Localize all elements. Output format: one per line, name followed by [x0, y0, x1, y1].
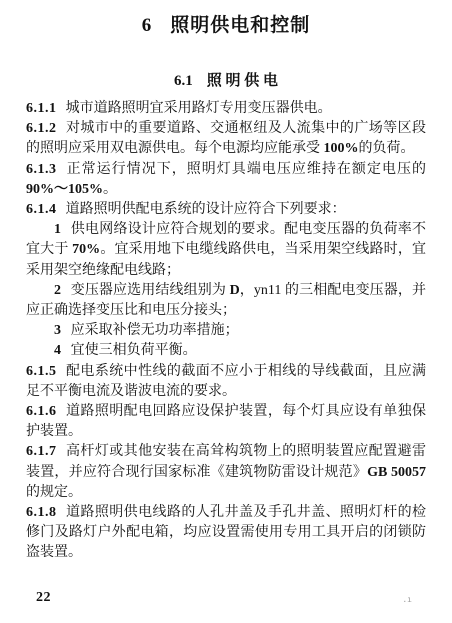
clause-paragraph: 6.1.7高杆灯或其他安装在高耸构筑物上的照明装置应配置避雷装置，并应符合现行国…: [26, 442, 426, 503]
clause-text: 城市道路照明宜采用路灯专用变压器供电。: [66, 101, 332, 116]
section-title-text: 照 明 供 电: [207, 73, 278, 89]
section-title: 6.1照 明 供 电: [0, 69, 452, 90]
chapter-number: 6: [142, 15, 153, 36]
section-number: 6.1: [174, 73, 193, 89]
clause-text: 。: [103, 182, 117, 197]
list-item: 4宜使三相负荷平衡。: [26, 341, 426, 361]
chapter-title-text: 照明供电和控制: [170, 15, 310, 36]
clause-number: 6.1.7: [26, 444, 57, 459]
clause-text: D: [230, 283, 240, 298]
clause-text: 90%～105%: [26, 182, 103, 197]
item-number: 1: [54, 222, 62, 237]
item-number: 4: [54, 343, 62, 358]
clause-text: 高杆灯或其他安装在高耸构筑物上的照明装置应配置避雷装置，并应符合现行国家标准《建…: [26, 444, 426, 479]
item-number: 2: [54, 283, 62, 298]
clause-number: 6.1.5: [26, 364, 57, 379]
clause-number: 6.1.3: [26, 162, 57, 177]
clause-number: 6.1.1: [26, 101, 57, 116]
clause-paragraph: 6.1.1城市道路照明宜采用路灯专用变压器供电。: [26, 99, 426, 119]
clause-paragraph: 6.1.2对城市中的重要道路、交通枢纽及人流集中的广场等区段的照明应采用双电源供…: [26, 119, 426, 159]
clause-text: 宜使三相负荷平衡。: [71, 343, 197, 358]
clause-paragraph: 6.1.8道路照明供电线路的人孔井盖及手孔井盖、照明灯杆的检修门及路灯户外配电箱…: [26, 503, 426, 564]
clause-text: 变压器应选用结线组别为: [71, 283, 230, 298]
clauses-container: 6.1.1城市道路照明宜采用路灯专用变压器供电。6.1.2对城市中的重要道路、交…: [26, 99, 426, 564]
document-page: 6照明供电和控制 6.1照 明 供 电 6.1.1城市道路照明宜采用路灯专用变压…: [0, 0, 452, 623]
list-item: 1供电网络设计应符合规划的要求。配电变压器的负荷率不宜大于 70%。宜采用地下电…: [26, 220, 426, 281]
clause-paragraph: 6.1.5配电系统中性线的截面不应小于相线的导线截面，且应满足不平衡电流及谐波电…: [26, 362, 426, 402]
page-number: 22: [36, 590, 51, 606]
clause-paragraph: 6.1.4道路照明供配电系统的设计应符合下列要求：: [26, 200, 426, 220]
clause-text: 正常运行情况下，照明灯具端电压应维持在额定电压的: [66, 162, 426, 177]
clause-text: 的负荷。: [359, 141, 415, 156]
list-item: 2变压器应选用结线组别为 D，yn11 的三相配电变压器，并应正确选择变压比和电…: [26, 281, 426, 321]
clause-text: GB 50057: [367, 465, 426, 480]
item-number: 3: [54, 323, 62, 338]
clause-text: 70%: [72, 242, 100, 257]
clause-paragraph: 6.1.6道路照明配电回路应设保护装置，每个灯具应设有单独保护装置。: [26, 402, 426, 442]
clause-text: 道路照明配电回路应设保护装置，每个灯具应设有单独保护装置。: [26, 404, 426, 439]
clause-paragraph: 6.1.3正常运行情况下，照明灯具端电压应维持在额定电压的90%～105%。: [26, 160, 426, 200]
clause-text: 道路照明供电线路的人孔井盖及手孔井盖、照明灯杆的检修门及路灯户外配电箱，均应设置…: [26, 505, 426, 560]
chapter-title: 6照明供电和控制: [0, 10, 452, 37]
clause-text: 的规定。: [26, 485, 82, 500]
clause-number: 6.1.2: [26, 121, 57, 136]
list-item: 3应采取补偿无功功率措施；: [26, 321, 426, 341]
clause-number: 6.1.8: [26, 505, 57, 520]
clause-text: 配电系统中性线的截面不应小于相线的导线截面，且应满足不平衡电流及谐波电流的要求。: [26, 364, 426, 399]
clause-text: 100%: [324, 141, 359, 156]
clause-text: 应采取补偿无功功率措施；: [71, 323, 239, 338]
clause-number: 6.1.4: [26, 202, 57, 217]
clause-text: 道路照明供配电系统的设计应符合下列要求：: [66, 202, 346, 217]
clause-number: 6.1.6: [26, 404, 57, 419]
scan-artifact: .ı: [402, 595, 412, 604]
